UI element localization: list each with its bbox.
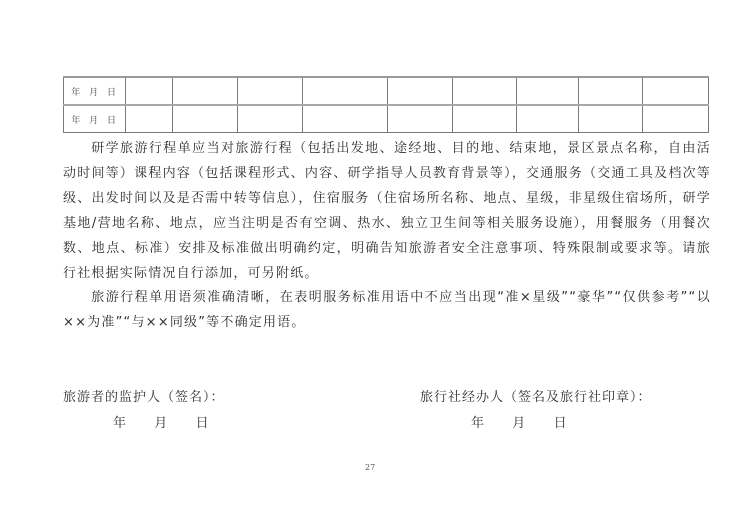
table-cell[interactable] xyxy=(126,105,173,133)
table-cell[interactable] xyxy=(303,77,388,105)
itinerary-table: 年 月 日 年 月 日 xyxy=(63,76,709,133)
table-cell[interactable] xyxy=(388,77,453,105)
table-cell[interactable] xyxy=(126,77,173,105)
date-cell: 年 月 日 xyxy=(64,77,126,105)
day-label: 日 xyxy=(196,412,209,431)
itinerary-instructions-paragraph: 研学旅游行程单应当对旅游行程（包括出发地、途经地、目的地、结束地，景区景点名称，… xyxy=(63,136,711,286)
agency-signature-date: 年 月 日 xyxy=(471,412,567,431)
table-cell[interactable] xyxy=(453,77,517,105)
table-row: 年 月 日 xyxy=(64,77,709,105)
wording-rules-paragraph: 旅游行程单用语须准确清晰，在表明服务标准用语中不应当出现“准×星级”“豪华”“仅… xyxy=(63,285,711,335)
date-cell: 年 月 日 xyxy=(64,105,126,133)
month-label: 月 xyxy=(512,412,525,431)
year-label: 年 xyxy=(113,412,126,431)
table-cell[interactable] xyxy=(303,105,388,133)
table-cell[interactable] xyxy=(453,105,517,133)
table-cell[interactable] xyxy=(517,77,579,105)
table-cell[interactable] xyxy=(643,105,709,133)
table-cell[interactable] xyxy=(579,77,643,105)
guardian-signature-label: 旅游者的监护人（签名）： xyxy=(63,386,225,405)
table-cell[interactable] xyxy=(173,77,238,105)
table-cell[interactable] xyxy=(238,105,303,133)
agency-signature-label: 旅行社经办人（签名及旅行社印章）： xyxy=(420,386,652,405)
table-cell[interactable] xyxy=(579,105,643,133)
table-row: 年 月 日 xyxy=(64,105,709,133)
table-cell[interactable] xyxy=(388,105,453,133)
table-cell[interactable] xyxy=(238,77,303,105)
page-number: 27 xyxy=(365,463,375,472)
day-label: 日 xyxy=(554,412,567,431)
month-label: 月 xyxy=(154,412,167,431)
paragraph-text: 旅游行程单用语须准确清晰，在表明服务标准用语中不应当出现“准×星级”“豪华”“仅… xyxy=(63,290,711,330)
paragraph-text: 研学旅游行程单应当对旅游行程（包括出发地、途经地、目的地、结束地，景区景点名称，… xyxy=(63,141,711,281)
guardian-signature-date: 年 月 日 xyxy=(113,412,209,431)
table-cell[interactable] xyxy=(643,77,709,105)
table-cell[interactable] xyxy=(517,105,579,133)
year-label: 年 xyxy=(471,412,484,431)
table-cell[interactable] xyxy=(173,105,238,133)
